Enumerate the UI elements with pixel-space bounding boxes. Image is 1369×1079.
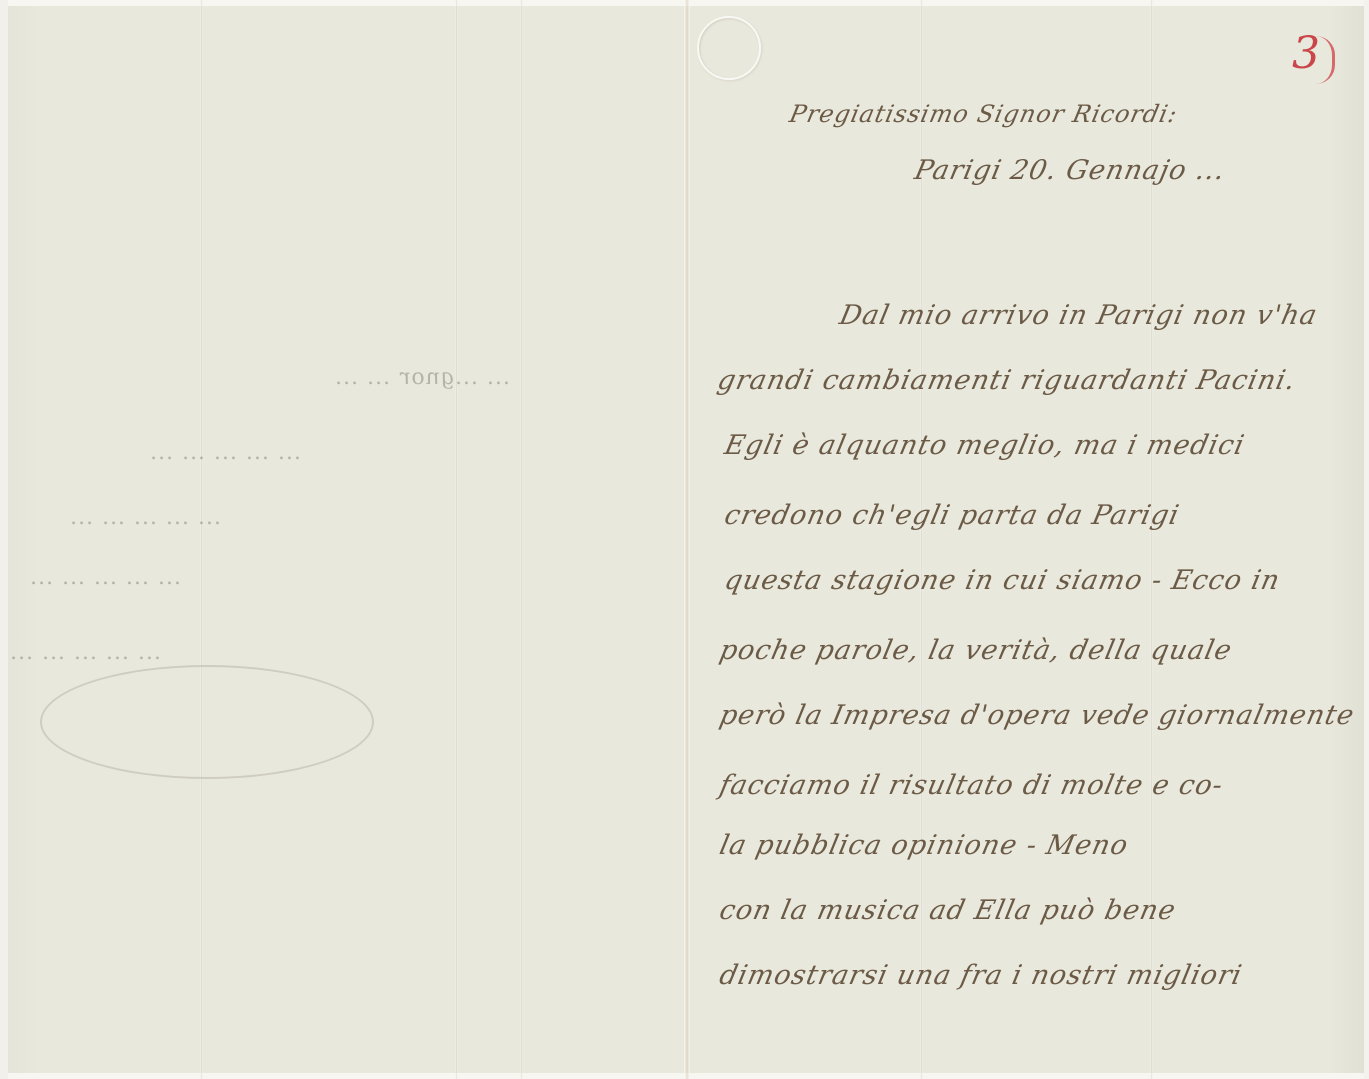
letter-line: poche parole, la verità, della quale bbox=[717, 635, 1235, 666]
salutation: Pregiatissimo Signor Ricordi: bbox=[787, 100, 1180, 128]
letter-line: grandi cambiamenti riguardanti Pacini. bbox=[715, 365, 1299, 396]
bleed-line: ... ... ... ... ... bbox=[148, 440, 304, 465]
bleed-line: ... ... ... ... ... bbox=[8, 640, 164, 665]
letter-line: Dal mio arrivo in Parigi non v'ha bbox=[837, 300, 1321, 331]
bleed-line: ... ... ... ... ... bbox=[68, 505, 224, 530]
bleed-line: ... ... ... ... ... bbox=[28, 565, 184, 590]
letter-line: credono ch'egli parta da Parigi bbox=[722, 500, 1183, 531]
letter-line: con la musica ad Ella può bene bbox=[717, 895, 1179, 926]
bleed-line: ... ...gnor ... ... bbox=[333, 365, 513, 390]
letter-sheet: ... ...gnor ... ... ... ... ... ... ... … bbox=[0, 0, 1369, 1079]
letter-line: però la Impresa d'opera vede giornalment… bbox=[717, 700, 1358, 731]
seal-impression bbox=[40, 665, 374, 779]
letter-line: facciamo il risultato di molte e co- bbox=[717, 770, 1226, 801]
left-page: ... ...gnor ... ... ... ... ... ... ... … bbox=[0, 0, 684, 1079]
letter-line: dimostrarsi una fra i nostri migliori bbox=[717, 960, 1245, 991]
right-page: Pregiatissimo Signor Ricordi: Parigi 20.… bbox=[690, 0, 1369, 1079]
letter-line: questa stagione in cui siamo - Ecco in bbox=[722, 565, 1283, 596]
letter-line: Egli è alquanto meglio, ma i medici bbox=[722, 430, 1248, 461]
letter-line: la pubblica opinione - Meno bbox=[717, 830, 1132, 861]
dateline: Parigi 20. Gennajo ... bbox=[912, 155, 1229, 186]
